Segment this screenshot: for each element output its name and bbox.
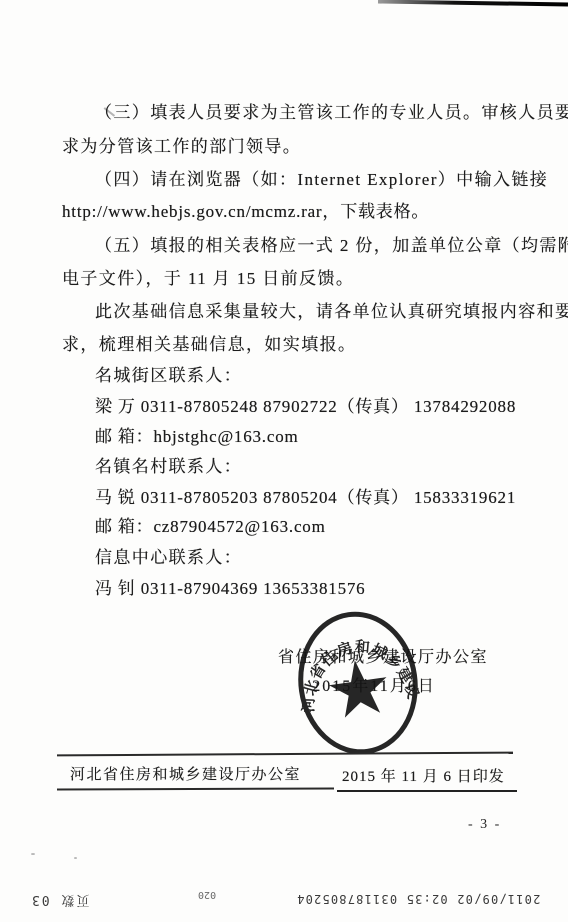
footer-bottom-rule-right [337, 790, 517, 792]
contact-heading-mingzhen: 名镇名村联系人： [95, 457, 242, 477]
paragraph-line: （五）填报的相关表格应一式 2 份，加盖单位公章（均需附 [95, 236, 568, 256]
footer-print-date: 2015 年 11 月 6 日印发 [342, 765, 505, 786]
fax-timestamp-stamp: 2011/09/02 02:35 031187805204 [296, 892, 540, 906]
fax-page-count-stamp: 页数 03 [30, 892, 89, 911]
footer-top-rule [57, 752, 513, 757]
paragraph-line: （四）请在浏览器（如：Internet Explorer）中输入链接 [95, 170, 548, 190]
contact-line-marui: 马 锐 0311-87805203 87805204（传真） 158333196… [95, 488, 516, 508]
fax-code-stamp: 020 [198, 889, 216, 900]
contact-line-liangwan: 梁 万 0311-87805248 87902722（传真） 137842920… [95, 397, 516, 417]
paragraph-line: 电子文件），于 11 月 15 日前反馈。 [62, 269, 354, 289]
paragraph-line: 求为分管该工作的部门领导。 [62, 137, 301, 157]
contact-email-mingzhen: 邮 箱：cz87904572@163.com [95, 517, 326, 537]
scan-artifact-line [378, 0, 568, 6]
download-url-line: http://www.hebjs.gov.cn/mcmz.rar，下载表格。 [62, 202, 429, 222]
contact-heading-mingcheng: 名城街区联系人： [95, 366, 242, 386]
contact-heading-xinxizhongxin: 信息中心联系人： [95, 548, 242, 568]
seal-star-icon [326, 656, 391, 719]
scan-speck [31, 853, 35, 855]
scanned-document-page: （三）填表人员要求为主管该工作的专业人员。审核人员要 求为分管该工作的部门领导。… [0, 0, 568, 922]
official-seal: 河北省住房和城乡建设厅 [284, 600, 432, 766]
paragraph-line: （三）填表人员要求为主管该工作的专业人员。审核人员要 [95, 103, 568, 123]
paragraph-line: 求，梳理相关基础信息，如实填报。 [62, 335, 356, 355]
paragraph-line: 此次基础信息采集量较大，请各单位认真研究填报内容和要 [95, 302, 568, 322]
scan-speck [74, 857, 77, 859]
contact-email-mingcheng: 邮 箱：hbjstghc@163.com [95, 427, 299, 447]
contact-line-fengzhao: 冯 钊 0311-87904369 13653381576 [95, 579, 365, 599]
page-number: - 3 - [468, 817, 501, 833]
footer-issuer: 河北省住房和城乡建设厅办公室 [70, 763, 301, 784]
footer-bottom-rule-left [57, 788, 334, 791]
